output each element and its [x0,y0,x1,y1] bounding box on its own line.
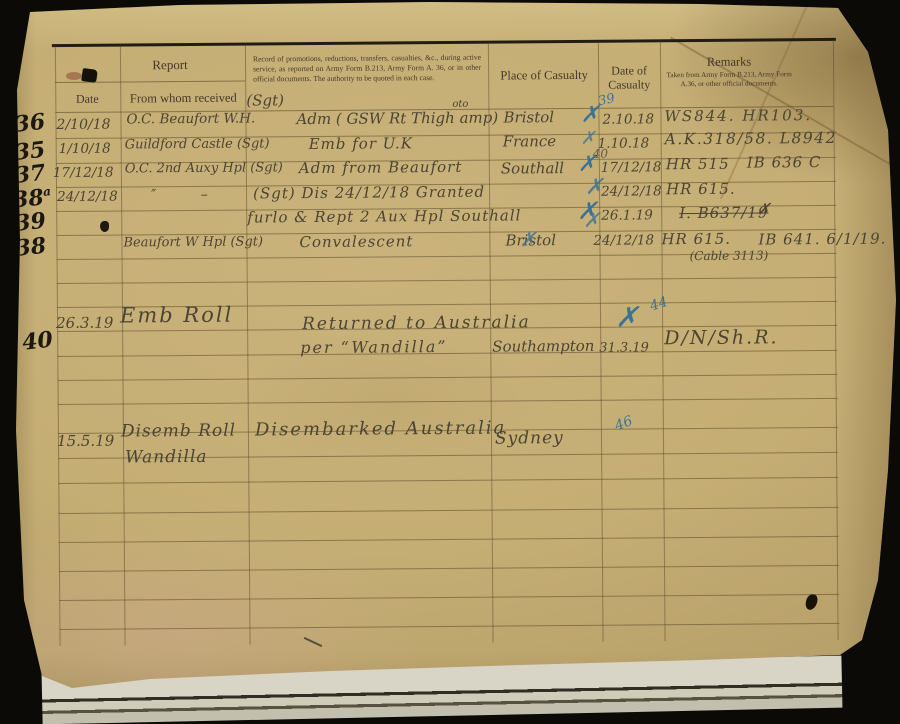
remarks-text: HR 615. [661,232,731,248]
from-whom-received: O.C. 2nd Auxy Hpl (Sgt) [125,161,283,175]
pencil-annotation: 40 [593,148,608,160]
entry-number: 39 [14,210,47,235]
from-whom-received: Beaufort W Hpl (Sgt) [123,235,263,249]
from-whom-received: Emb Roll [120,305,233,327]
ruled-line [59,623,839,630]
record-superscript: oto [452,100,468,110]
remarks-text: D/N/Sh.R. [664,328,778,348]
remarks-cable-note: (Cable 3113) [690,249,769,262]
column-header-report: Report [120,57,220,74]
report-date: 17/12/18 [53,167,114,181]
from-whom-received: Guildford Castle (Sgt) [125,137,270,151]
record-text: Adm ( GSW Rt Thigh amp) [296,111,498,128]
column-header-place: Place of Casualty [492,68,596,84]
blue-check-mark: ✗ [615,303,639,331]
ruled-line [59,507,839,514]
report-date: 15.5.19 [57,434,114,449]
column-line [55,46,61,646]
place-of-casualty: Southampton [492,339,594,355]
casualty-date: 17/12/18 [601,161,662,175]
blue-annotation: 44 [648,295,669,314]
entry-number: 37 [14,162,47,187]
record-text: Returned to Australia [302,314,531,333]
column-line [245,45,251,645]
record-text: (Sgt) Dis 24/12/18 Granted [253,185,485,202]
blue-check-mark: ✗ [581,130,596,148]
column-line [120,46,126,646]
entry-number: 38a [12,185,53,212]
record-text: per “Wandilla” [300,339,447,356]
blue-annotation: 39 [597,92,616,108]
record-text: Adm from Beaufort [299,160,463,176]
rank-note: (Sgt) [246,93,284,108]
casualty-date: 24/12/18 [601,185,662,199]
entry-number: 36 [13,111,46,136]
record-text: Disembarked Australia [255,420,507,440]
remarks-text: IB 641. 6/1/19. [758,232,886,248]
remarks-text: IB 636 C [747,155,822,171]
ditto-mark: ″ – [151,188,228,203]
ruled-line [58,477,838,484]
remarks-text: HR 615. [666,182,736,198]
blue-scribble: ✗ [519,229,536,249]
place-of-casualty: Bristol [503,110,554,125]
column-header-from-whom: From whom received [123,91,243,107]
place-of-casualty: Sydney [495,430,564,448]
pencil-cross: ✗ [757,201,771,217]
entry-number: 40 [21,329,54,354]
report-date: 2/10/18 [56,118,110,132]
report-date: 1/10/18 [59,143,111,157]
ruled-line [58,398,838,405]
place-of-casualty: Southall [501,161,564,176]
ruled-line [59,536,839,543]
remarks-text: WS844. HR103. [664,108,812,124]
record-text: Convalescent [299,234,413,250]
blue-check-mark: ✗ [583,210,600,230]
casualty-date: 2.10.18 [602,113,654,127]
blue-check-mark: ✗ [580,104,599,127]
report-underline [55,81,245,83]
ruled-line [59,565,839,572]
record-text: furlo & Rept 2 Aux Hpl Southall [247,208,521,225]
column-header-date: Date [55,92,119,108]
remarks-text: A.K.318/58. L8942 [665,131,837,148]
place-of-casualty: France [503,134,557,149]
column-header-remarks-note: Taken from Army Form B.213, Army Form A.… [666,70,792,89]
remarks-text-struck: I. B637/19 [679,205,768,221]
casualty-table: Report Date From whom received Record of… [0,0,900,724]
casualty-date: 26.1.19 [601,209,653,223]
casualty-date: 31.3.19 [599,341,649,354]
from-whom-received: Wandilla [125,449,208,467]
record-text: Emb for U.K [309,136,413,152]
entry-number: 38 [14,235,47,260]
remarks-text: HR 515 [666,157,730,173]
column-header-record-note: Record of promotions, reductions, transf… [253,53,481,84]
from-whom-received: O.C. Beaufort W.H. [126,112,255,127]
scanned-document: Report Date From whom received Record of… [0,0,900,724]
ruled-line [57,277,837,284]
column-header-date-of-casualty: Date of Casualty [599,63,659,92]
report-date: 26.3.19 [56,316,113,331]
entry-number-suffix: a [42,184,51,199]
form-paper: Report Date From whom received Record of… [0,0,900,724]
table-top-rule [52,38,836,47]
from-whom-received: Disemb Roll [121,423,236,441]
blue-annotation: 46 [613,414,635,433]
ruled-line [58,374,838,381]
ruled-line [59,594,839,601]
report-date: 24/12/18 [57,191,118,205]
casualty-date: 24/12/18 [593,234,654,248]
column-header-remarks: Remarks [664,54,794,70]
